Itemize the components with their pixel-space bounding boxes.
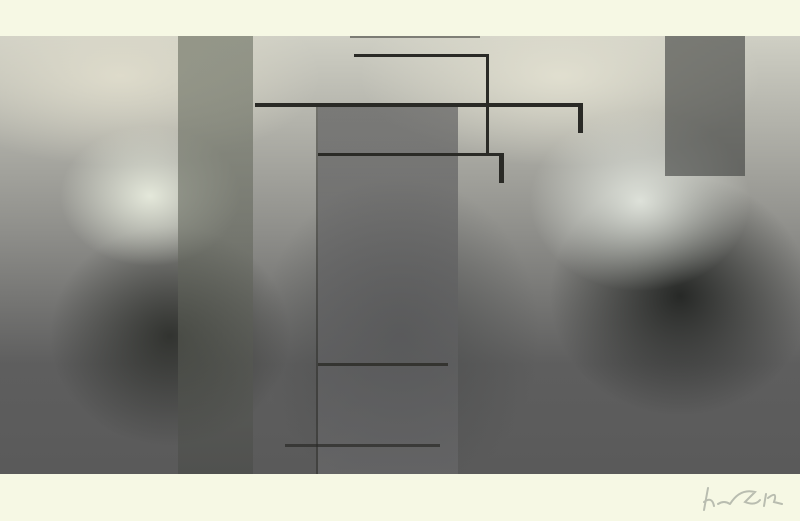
lower-horizontal-line xyxy=(318,363,448,366)
mid-horizontal-line xyxy=(318,153,503,156)
inner-rect-top xyxy=(354,54,488,57)
mid-line-end-tick xyxy=(499,153,504,183)
dark-vertical-band xyxy=(178,36,253,474)
long-line-end-tick xyxy=(578,103,583,133)
top-frame-line xyxy=(350,36,480,38)
long-horizontal-line xyxy=(255,103,583,107)
bottom-horizontal-line xyxy=(285,444,440,447)
artist-signature xyxy=(700,482,795,514)
artwork-print xyxy=(0,36,800,474)
central-panel xyxy=(318,106,458,474)
right-dark-band xyxy=(665,36,745,176)
panel-left-edge xyxy=(316,106,318,474)
